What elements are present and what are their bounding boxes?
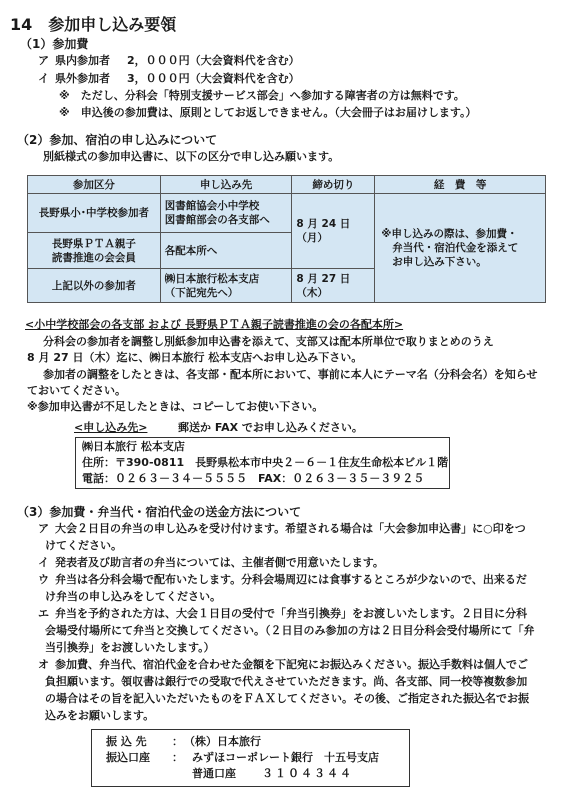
item-mark: ア — [38, 522, 49, 536]
deadline-cell: 8 月 27 日（木） — [292, 269, 375, 303]
item-line: 会場受付場所にて弁当と交換してください。（２日目のみ参加の方は２日目分科会受付場… — [45, 624, 535, 638]
expense-line: お申し込み下さい。 — [381, 255, 541, 269]
colon: ： — [172, 751, 183, 765]
contact-phone: 電話：０２６３－３４－５５５５ FAX：０２６３－３５－３９２５ — [82, 472, 424, 486]
destination-cell: ㈱日本旅行松本支店 （下記宛先へ） — [160, 269, 292, 303]
section3-heading: （3）参加費・弁当代・宿泊代金の送金方法について — [17, 505, 301, 520]
item-line: 負担願います。領収書は銀行での受取で代えさせていただきます。尚、各支部、同一校等… — [45, 675, 527, 689]
category-cell: 長野県小･中学校参加者 — [28, 194, 161, 233]
paragraph: ておいてください。 — [27, 384, 126, 398]
category-cell: 上記以外の参加者 — [28, 269, 161, 303]
payee-label: 振 込 先 — [106, 735, 147, 749]
fee-item-mark: ア — [38, 54, 49, 68]
destination-line: ㈱日本旅行松本支店 — [165, 272, 288, 286]
bank-name: みずほコーポレート銀行 十五号支店 — [192, 751, 379, 765]
category-cell: 長野県ＰＴＡ親子 読書推進の会会員 — [28, 233, 161, 269]
account-label: 振込口座 — [106, 751, 150, 765]
contact-method: 郵送か FAX でお申し込みください。 — [178, 421, 363, 435]
fee-note: ※ 申込後の参加費は、原則としてお返しできません。（大会冊子はお届けします。） — [59, 106, 476, 120]
item-line: の場合はその旨を記入いただいたものをＦＡＸしてください。その後、ご指定された振込… — [45, 692, 529, 706]
item-line: 発表者及び助言者の弁当については、主催者側で用意いたします。 — [55, 556, 384, 570]
category-line: 長野県ＰＴＡ親子 — [32, 237, 156, 251]
destination-cell: 各配本所へ — [160, 233, 292, 269]
section2-intro: 別紙様式の参加申込書に、以下の区分で申し込み願います。 — [43, 150, 339, 164]
fee-item-label: 県内参加者 — [55, 54, 110, 68]
paragraph: 参加者の調整をしたときは、各支部・配本所において、事前に本人にテーマ名（分科会名… — [43, 368, 537, 382]
deadline-cell: 8 月 24 日（月） — [292, 194, 375, 269]
application-table: 参加区分 申し込み先 締め切り 経 費 等 長野県小･中学校参加者 図書館協会小… — [27, 175, 546, 303]
paragraph: 分科会の参加者を調整し別紙参加申込書を添えて、支部又は配本所単位で取りまとめのう… — [43, 335, 494, 349]
sub-heading: <小中学校部会の各支部 および 長野県ＰＴＡ親子読書推進の会の各配本所> — [25, 318, 403, 332]
item-mark: イ — [38, 556, 49, 570]
bank-box: 振 込 先 ： （株）日本旅行 振込口座 ： みずほコーポレート銀行 十五号支店… — [91, 729, 410, 787]
page-title: 14 参加申し込み要領 — [10, 15, 176, 35]
table-header: 申し込み先 — [160, 176, 292, 194]
item-line: け弁当の申し込みをしてください。 — [45, 590, 221, 604]
expense-line: ※申し込みの際は、参加費・ — [381, 227, 541, 241]
table-header: 参加区分 — [28, 176, 161, 194]
destination-cell: 図書館協会小中学校 図書館部会の各支部へ — [160, 194, 292, 233]
section2-heading: （2）参加、宿泊の申し込みについて — [17, 133, 217, 148]
item-mark: オ — [38, 658, 49, 672]
item-mark: エ — [38, 607, 49, 621]
expense-line: 弁当代・宿泊代金を添えて — [381, 241, 541, 255]
account-type: 普通口座 — [192, 767, 236, 781]
table-header-row: 参加区分 申し込み先 締め切り 経 費 等 — [28, 176, 546, 194]
contact-box: ㈱日本旅行 松本支店 住所：〒390-0811 長野県松本市中央２－６－１住友生… — [75, 437, 450, 489]
item-line: けてください。 — [45, 539, 122, 553]
item-line: 大会２日目の弁当の申し込みを受け付けます。希望される場合は「大会参加申込書」に○… — [55, 522, 526, 536]
fee-item-mark: イ — [38, 72, 49, 86]
fee-item-label: 県外参加者 — [55, 72, 110, 86]
destination-line: （下記宛先へ） — [165, 286, 288, 300]
item-line: 参加費、弁当代、宿泊代金を合わせた金額を下記宛にお振込みください。振込手数料は個… — [55, 658, 528, 672]
paragraph: ※参加申込書が不足したときは、コピーしてお使い下さい。 — [27, 400, 323, 414]
item-mark: ウ — [38, 573, 49, 587]
expense-cell: ※申し込みの際は、参加費・ 弁当代・宿泊代金を添えて お申し込み下さい。 — [375, 194, 546, 303]
fee-note: ※ ただし、分科会「特別支援サービス部会」へ参加する障害者の方は無料です。 — [59, 89, 465, 103]
destination-line: 図書館部会の各支部へ — [165, 213, 288, 227]
item-line: 込みをお願いします。 — [45, 709, 154, 723]
item-line: 弁当は各分科会場で配布いたします。分科会場周辺には食事するところが少ないので、出… — [55, 573, 527, 587]
destination-line: 図書館協会小中学校 — [165, 199, 288, 213]
fee-item-amount: 3，０００円（大会資料代を含む） — [127, 72, 300, 86]
table-row: 長野県小･中学校参加者 図書館協会小中学校 図書館部会の各支部へ 8 月 24 … — [28, 194, 546, 233]
table-header: 経 費 等 — [375, 176, 546, 194]
contact-label: <申し込み先> — [74, 421, 147, 435]
item-line: 当引換券」をお渡しいたします。） — [45, 641, 215, 655]
account-number: ３１０４３４４ — [262, 767, 353, 781]
item-line: 弁当を予約された方は、大会１日目の受付で「弁当引換券」をお渡しいたします。２日目… — [55, 607, 527, 621]
section1-heading: （1）参加費 — [20, 37, 88, 52]
category-line: 読書推進の会会員 — [32, 251, 156, 265]
contact-address: 住所：〒390-0811 長野県松本市中央２－６－１住友生命松本ビル１階 — [82, 456, 448, 470]
colon: ： — [172, 735, 183, 749]
fee-item-amount: 2，０００円（大会資料代を含む） — [127, 54, 300, 68]
contact-company: ㈱日本旅行 松本支店 — [82, 440, 185, 454]
table-header: 締め切り — [292, 176, 375, 194]
paragraph: 8 月 27 日（木）迄に、㈱日本旅行 松本支店へお申し込み下さい。 — [27, 351, 362, 365]
payee-value: （株）日本旅行 — [184, 735, 261, 749]
